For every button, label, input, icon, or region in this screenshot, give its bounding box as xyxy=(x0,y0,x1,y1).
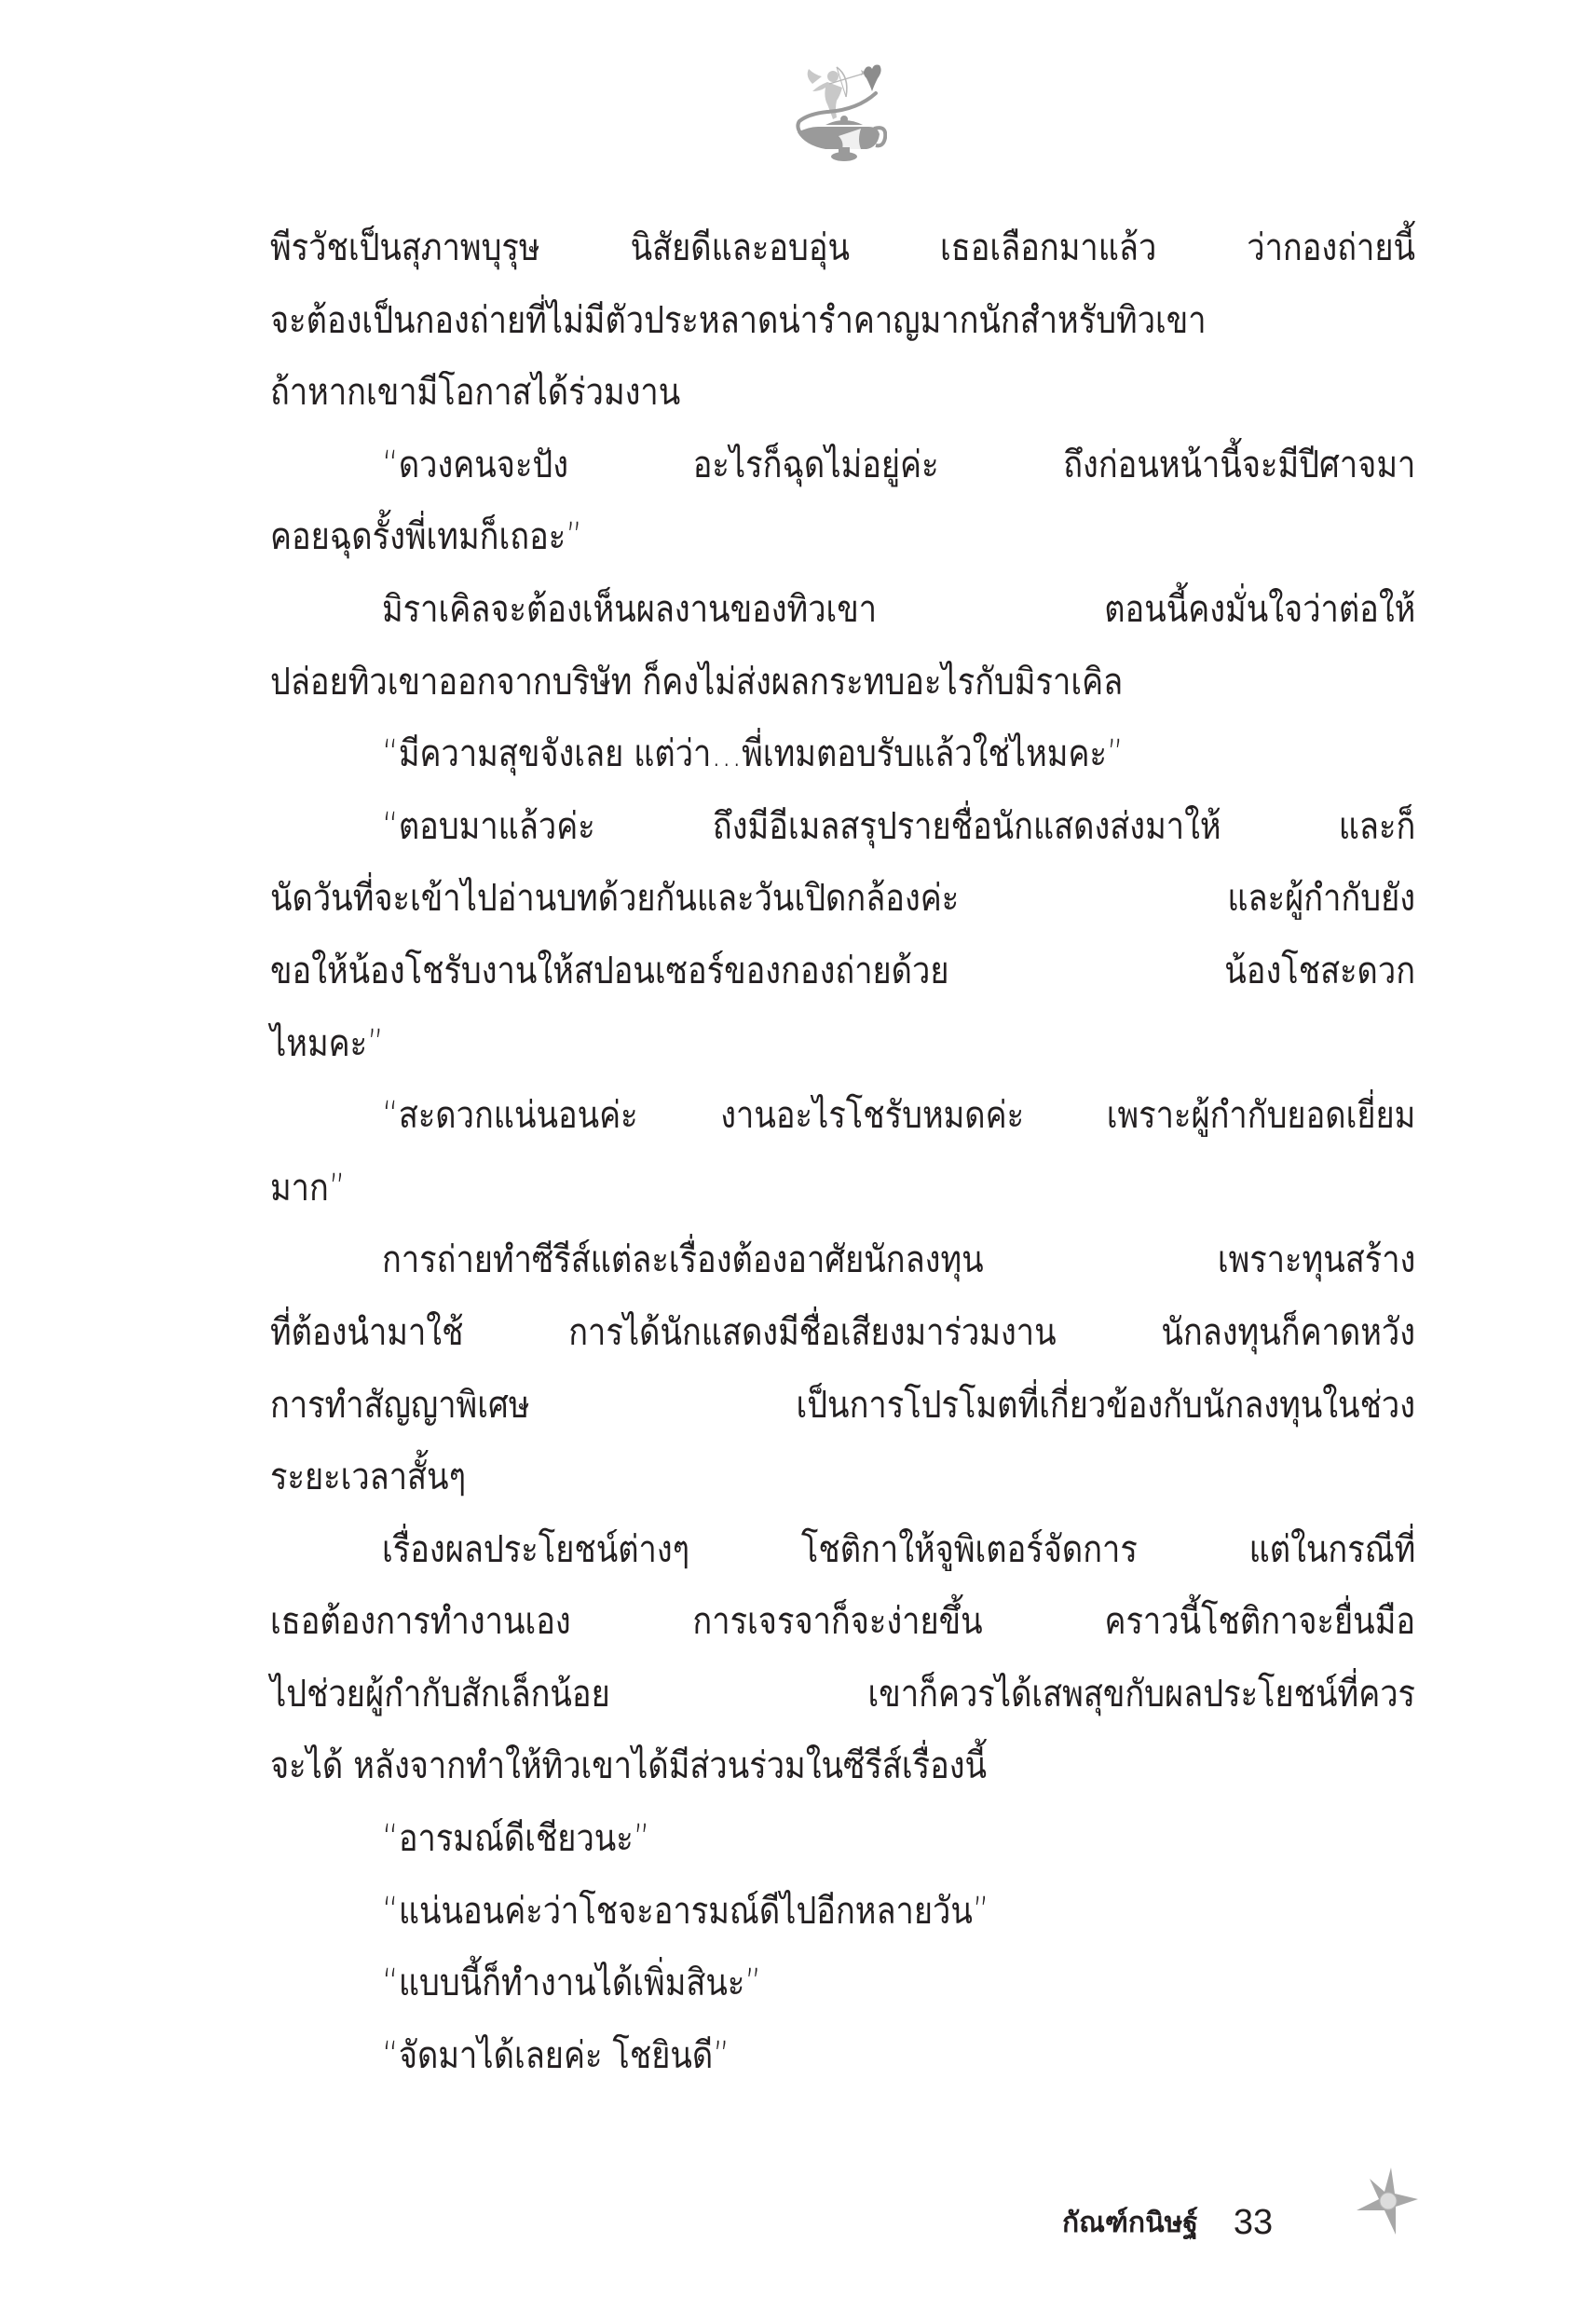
book-page: พีรวัชเป็นสุภาพบุรุษ นิสัยดีและอบอุ่น เธ… xyxy=(0,0,1596,2311)
text-line-content: พีรวัชเป็นสุภาพบุรุษ นิสัยดีและอบอุ่น เธ… xyxy=(270,212,1415,285)
text-line-content: “แน่นอนค่ะว่าโชจะอารมณ์ดีไปอีกหลายวัน” xyxy=(382,1876,989,1949)
text-line: “จัดมาได้เลยค่ะ โชยินดี” xyxy=(270,2020,1418,2093)
text-line: ปล่อยทิวเขาออกจากบริษัท ก็คงไม่ส่งผลกระท… xyxy=(270,647,1418,719)
text-line-content: เธอต้องการทำงานเอง การเจรจาก็จะง่ายขึ้น … xyxy=(270,1586,1415,1659)
star-ornament-icon xyxy=(1349,2164,1424,2238)
text-line: ไหมคะ” xyxy=(270,1008,1418,1081)
text-line-content: คอยฉุดรั้งพี่เทมก็เถอะ” xyxy=(270,501,582,574)
text-line: จะต้องเป็นกองถ่ายที่ไม่มีตัวประหลาดน่ารำ… xyxy=(270,285,1418,358)
text-line: “สะดวกแน่นอนค่ะ งานอะไรโชรับหมดค่ะ เพราะ… xyxy=(270,1080,1418,1153)
text-line: ถ้าหากเขามีโอกาสได้ร่วมงาน xyxy=(270,357,1418,430)
text-line: จะได้ หลังจากทำให้ทิวเขาได้มีส่วนร่วมในซ… xyxy=(270,1730,1418,1803)
page-number: 33 xyxy=(1234,2203,1273,2243)
text-line-content: ขอให้น้องโชรับงานให้สปอนเซอร์ของกองถ่ายด… xyxy=(270,936,1415,1008)
text-line: พีรวัชเป็นสุภาพบุรุษ นิสัยดีและอบอุ่น เธ… xyxy=(270,212,1418,285)
text-line-content: การถ่ายทำซีรีส์แต่ละเรื่องต้องอาศัยนักลง… xyxy=(382,1224,1415,1297)
text-line-content: “ดวงคนจะปัง อะไรก็ฉุดไม่อยู่ค่ะ ถึงก่อนห… xyxy=(382,430,1415,502)
genie-lamp-cupid-icon xyxy=(784,56,887,168)
text-line: การถ่ายทำซีรีส์แต่ละเรื่องต้องอาศัยนักลง… xyxy=(270,1224,1418,1297)
text-line-content: นัดวันที่จะเข้าไปอ่านบทด้วยกันและวันเปิด… xyxy=(270,863,1415,936)
text-line: มิราเคิลจะต้องเห็นผลงานของทิวเขา ตอนนี้ค… xyxy=(270,574,1418,647)
text-line: “อารมณ์ดีเชียวนะ” xyxy=(270,1803,1418,1876)
text-line: “แบบนี้ก็ทำงานได้เพิ่มสินะ” xyxy=(270,1948,1418,2020)
chapter-body-text: พีรวัชเป็นสุภาพบุรุษ นิสัยดีและอบอุ่น เธ… xyxy=(270,212,1418,2092)
text-line-content: “อารมณ์ดีเชียวนะ” xyxy=(382,1803,650,1876)
text-line: เธอต้องการทำงานเอง การเจรจาก็จะง่ายขึ้น … xyxy=(270,1586,1418,1659)
text-line-content: “ตอบมาแล้วค่ะ ถึงมีอีเมลสรุปรายชื่อนักแส… xyxy=(382,791,1415,864)
text-line-content: ปล่อยทิวเขาออกจากบริษัท ก็คงไม่ส่งผลกระท… xyxy=(270,647,1123,719)
text-line-content: การทำสัญญาพิเศษ เป็นการโปรโมตที่เกี่ยวข้… xyxy=(270,1370,1415,1443)
text-line: คอยฉุดรั้งพี่เทมก็เถอะ” xyxy=(270,501,1418,574)
text-line-content: “มีความสุขจังเลย แต่ว่า...พี่เทมตอบรับแล… xyxy=(382,718,1124,791)
book-title: กัณฑ์กนิษฐ์ xyxy=(1062,2201,1198,2245)
text-line-content: ถ้าหากเขามีโอกาสได้ร่วมงาน xyxy=(270,357,680,430)
text-line-content: จะได้ หลังจากทำให้ทิวเขาได้มีส่วนร่วมในซ… xyxy=(270,1730,987,1803)
text-line: มาก” xyxy=(270,1153,1418,1225)
text-line: ขอให้น้องโชรับงานให้สปอนเซอร์ของกองถ่ายด… xyxy=(270,936,1418,1008)
text-line-content: ไปช่วยผู้กำกับสักเล็กน้อย เขาก็ควรได้เสพ… xyxy=(270,1659,1415,1731)
text-line: “ดวงคนจะปัง อะไรก็ฉุดไม่อยู่ค่ะ ถึงก่อนห… xyxy=(270,430,1418,502)
text-line: ไปช่วยผู้กำกับสักเล็กน้อย เขาก็ควรได้เสพ… xyxy=(270,1659,1418,1731)
text-line: การทำสัญญาพิเศษ เป็นการโปรโมตที่เกี่ยวข้… xyxy=(270,1370,1418,1443)
text-line-content: ที่ต้องนำมาใช้ การได้นักแสดงมีชื่อเสียงม… xyxy=(270,1297,1415,1370)
text-line: “ตอบมาแล้วค่ะ ถึงมีอีเมลสรุปรายชื่อนักแส… xyxy=(270,791,1418,864)
text-line: นัดวันที่จะเข้าไปอ่านบทด้วยกันและวันเปิด… xyxy=(270,863,1418,936)
text-line-content: เรื่องผลประโยชน์ต่างๆ โชติกาให้จูพิเตอร์… xyxy=(382,1514,1415,1587)
text-line-content: “จัดมาได้เลยค่ะ โชยินดี” xyxy=(382,2020,730,2093)
page-footer: กัณฑ์กนิษฐ์ 33 xyxy=(1062,2195,1273,2250)
text-line-content: ระยะเวลาสั้นๆ xyxy=(270,1442,466,1514)
text-line-content: จะต้องเป็นกองถ่ายที่ไม่มีตัวประหลาดน่ารำ… xyxy=(270,285,1415,358)
text-line: ระยะเวลาสั้นๆ xyxy=(270,1442,1418,1514)
text-line-content: มิราเคิลจะต้องเห็นผลงานของทิวเขา ตอนนี้ค… xyxy=(382,574,1415,647)
text-line-content: “แบบนี้ก็ทำงานได้เพิ่มสินะ” xyxy=(382,1948,761,2020)
text-line-content: “สะดวกแน่นอนค่ะ งานอะไรโชรับหมดค่ะ เพราะ… xyxy=(382,1080,1415,1153)
text-line: “มีความสุขจังเลย แต่ว่า...พี่เทมตอบรับแล… xyxy=(270,718,1418,791)
text-line: เรื่องผลประโยชน์ต่างๆ โชติกาให้จูพิเตอร์… xyxy=(270,1514,1418,1587)
text-line: ที่ต้องนำมาใช้ การได้นักแสดงมีชื่อเสียงม… xyxy=(270,1297,1418,1370)
text-line-content: มาก” xyxy=(270,1153,346,1225)
text-line-content: ไหมคะ” xyxy=(270,1008,384,1081)
text-line: “แน่นอนค่ะว่าโชจะอารมณ์ดีไปอีกหลายวัน” xyxy=(270,1876,1418,1949)
